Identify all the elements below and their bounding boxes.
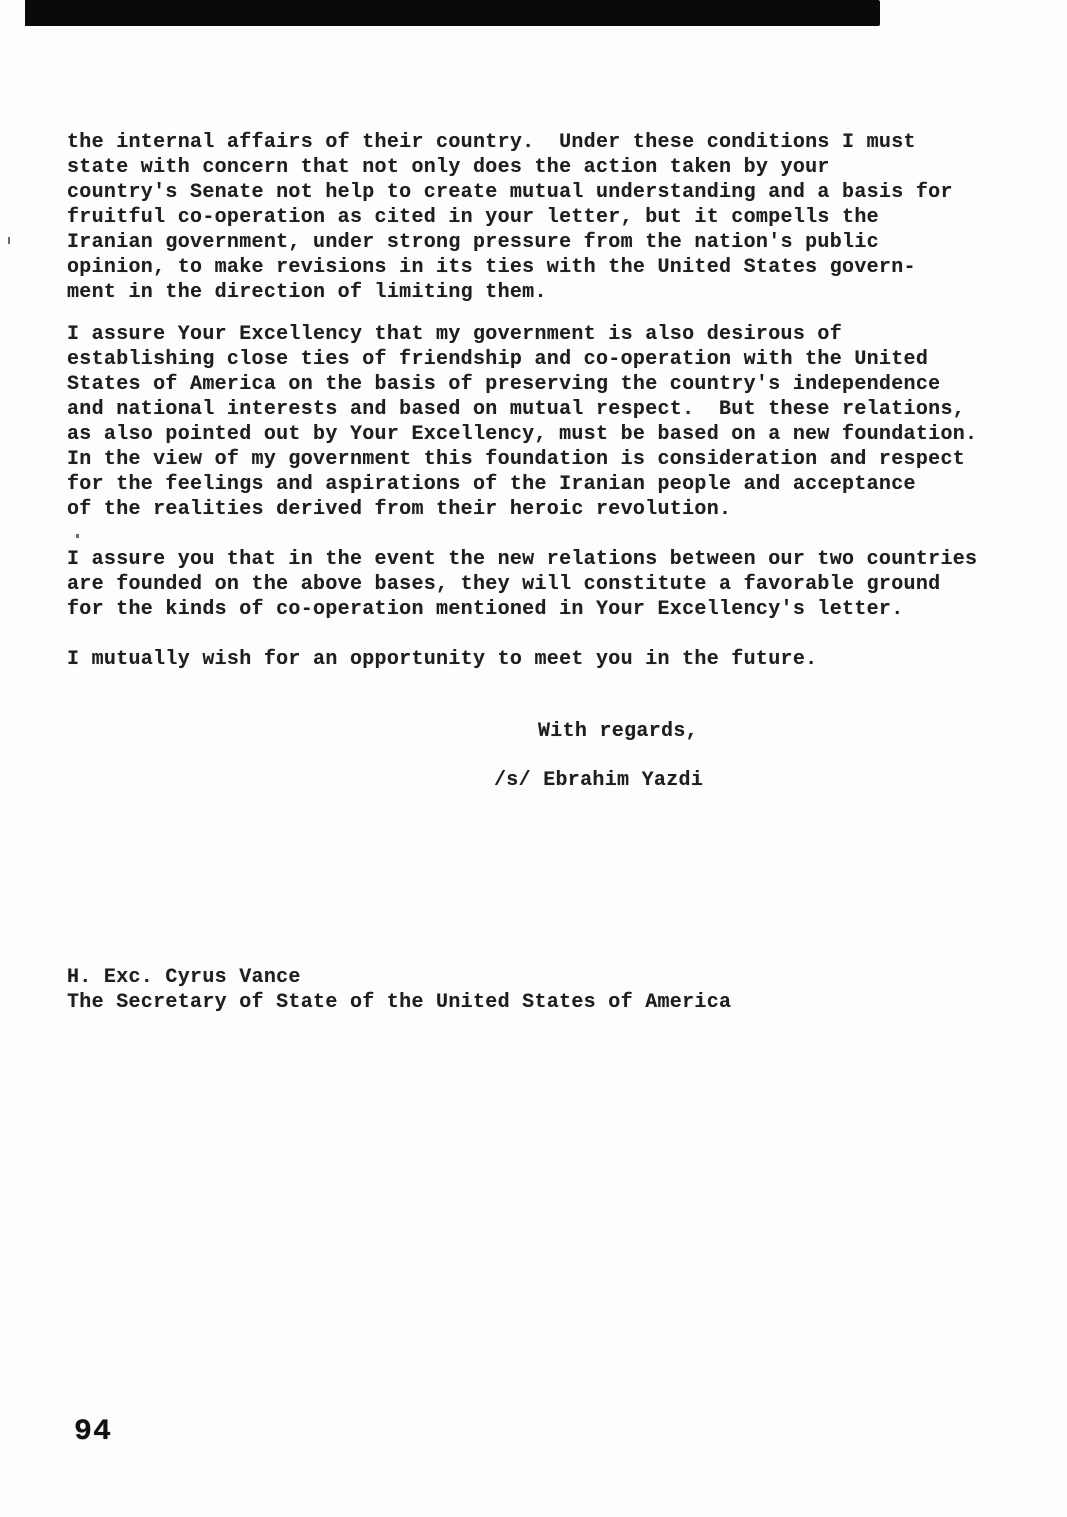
page-number: 94 <box>74 1415 112 1449</box>
text-line: for the feelings and aspirations of the … <box>67 472 977 497</box>
signature-line: /s/ Ebrahim Yazdi <box>494 768 703 793</box>
paragraph-1: the internal affairs of their country. U… <box>67 130 953 305</box>
text-line: country's Senate not help to create mutu… <box>67 180 953 205</box>
text-line: state with concern that not only does th… <box>67 155 953 180</box>
paragraph-2: I assure Your Excellency that my governm… <box>67 322 977 522</box>
scan-speck <box>8 237 10 244</box>
text-line: I assure Your Excellency that my governm… <box>67 322 977 347</box>
text-line: In the view of my government this founda… <box>67 447 977 472</box>
addressee-name: H. Exc. Cyrus Vance <box>67 965 731 990</box>
closing-regards: With regards, <box>538 719 698 744</box>
text-line: establishing close ties of friendship an… <box>67 347 977 372</box>
paragraph-4: I mutually wish for an opportunity to me… <box>67 647 817 672</box>
text-line: opinion, to make revisions in its ties w… <box>67 255 953 280</box>
text-line: of the realities derived from their hero… <box>67 497 977 522</box>
text-line: ment in the direction of limiting them. <box>67 280 953 305</box>
text-line: I assure you that in the event the new r… <box>67 547 977 572</box>
addressee-block: H. Exc. Cyrus Vance The Secretary of Sta… <box>67 965 731 1015</box>
scanned-letter-page: the internal affairs of their country. U… <box>0 0 1067 1517</box>
text-line: Iranian government, under strong pressur… <box>67 230 953 255</box>
text-line: States of America on the basis of preser… <box>67 372 977 397</box>
text-line: I mutually wish for an opportunity to me… <box>67 647 817 672</box>
text-line: are founded on the above bases, they wil… <box>67 572 977 597</box>
scan-speck <box>76 534 79 538</box>
text-line: as also pointed out by Your Excellency, … <box>67 422 977 447</box>
text-line: the internal affairs of their country. U… <box>67 130 953 155</box>
addressee-title: The Secretary of State of the United Sta… <box>67 990 731 1015</box>
text-line: /s/ Ebrahim Yazdi <box>494 768 703 793</box>
paragraph-3: I assure you that in the event the new r… <box>67 547 977 622</box>
text-line: for the kinds of co-operation mentioned … <box>67 597 977 622</box>
scan-artifact-bar <box>25 0 880 26</box>
text-line: fruitful co-operation as cited in your l… <box>67 205 953 230</box>
text-line: With regards, <box>538 719 698 744</box>
text-line: and national interests and based on mutu… <box>67 397 977 422</box>
